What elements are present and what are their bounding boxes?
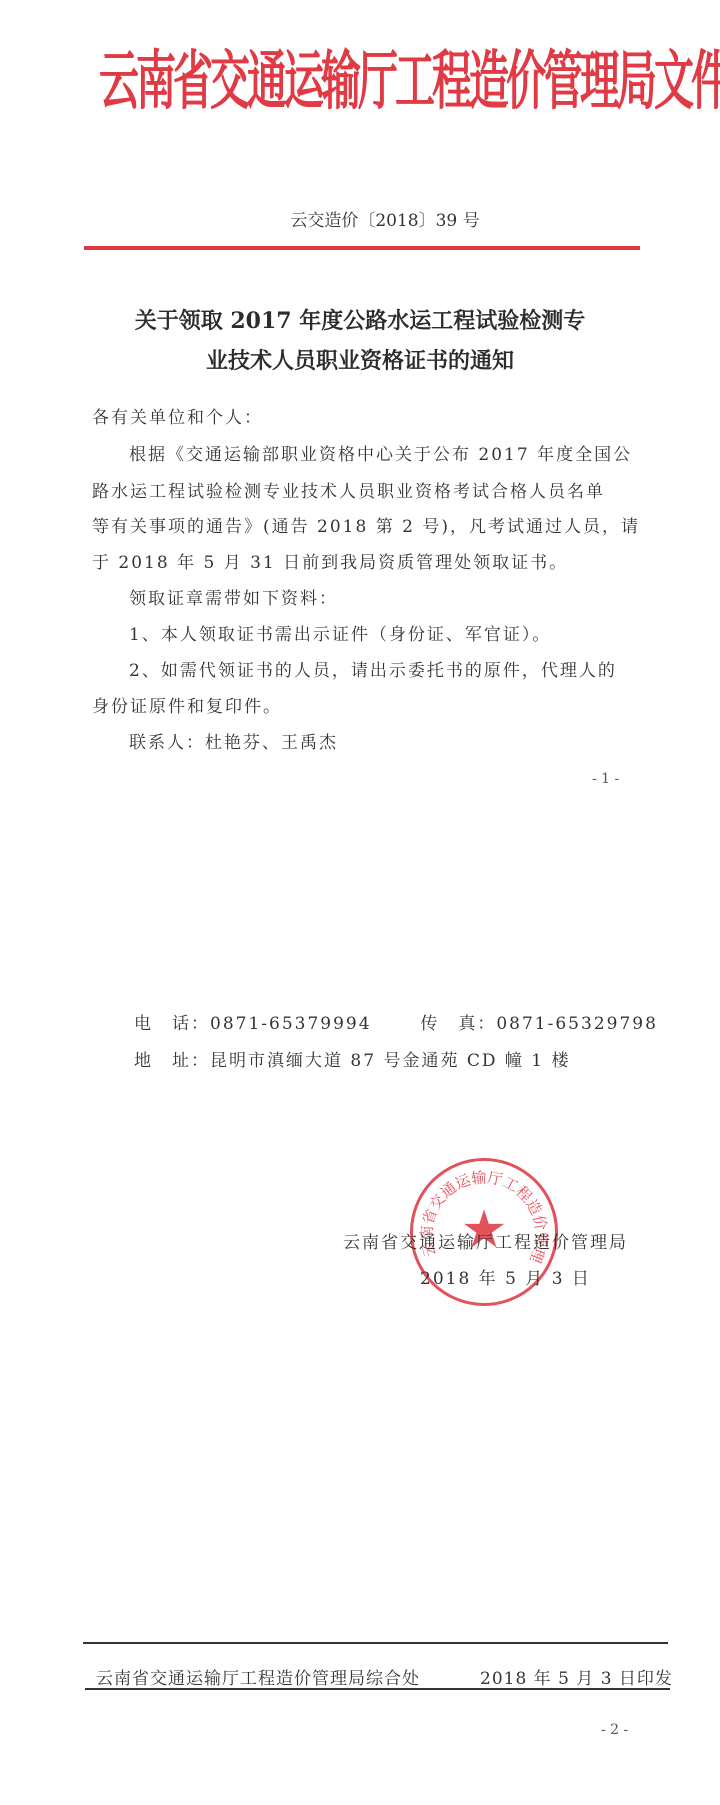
address-value: 昆明市滇缅大道 87 号金通苑 CD 幢 1 楼 — [210, 1051, 571, 1071]
list-item-2: 2、如需代领证书的人员，请出示委托书的原件，代理人的 — [129, 656, 617, 681]
notice-title-line1: 关于领取 2017 年度公路水运工程试验检测专 — [0, 304, 720, 335]
fax-value: 0871-65329798 — [496, 1014, 658, 1034]
page-number-1: - 1 - — [592, 771, 619, 787]
phone-row: 电 话：0871-65379994 传 真：0871-65329798 — [134, 1009, 658, 1034]
contact-persons: 联系人：杜艳芬、王禹杰 — [129, 728, 338, 753]
phone-label: 电 话： — [134, 1014, 210, 1034]
notice-title-line2: 业技术人员职业资格证书的通知 — [0, 344, 720, 375]
paragraph-line: 路水运工程试验检测专业技术人员职业资格考试合格人员名单 — [92, 477, 605, 502]
signature-date: 2018 年 5 月 3 日 — [420, 1264, 591, 1289]
footer-bottom-rule — [85, 1688, 670, 1690]
paragraph-line: 根据《交通运输部职业资格中心关于公布 2017 年度全国公 — [129, 440, 632, 465]
footer-issuer: 云南省交通运输厅工程造价管理局综合处 — [96, 1664, 420, 1689]
footer-top-rule — [83, 1642, 668, 1644]
document-number: 云交造价〔2018〕39 号 — [0, 206, 720, 231]
document-header-title: 云南省交通运输厅工程造价管理局文件 — [99, 24, 646, 139]
salutation: 各有关单位和个人： — [92, 403, 263, 428]
fax-label: 传 真： — [420, 1014, 496, 1034]
red-divider — [84, 246, 640, 250]
paragraph-line: 等有关事项的通告》(通告 2018 第 2 号)，凡考试通过人员，请 — [92, 512, 640, 537]
list-item-2-cont: 身份证原件和复印件。 — [92, 692, 282, 717]
phone-value: 0871-65379994 — [210, 1014, 372, 1034]
address-label: 地 址： — [134, 1051, 210, 1071]
signature-org: 云南省交通运输厅工程造价管理局 — [343, 1228, 628, 1253]
paragraph-line: 于 2018 年 5 月 31 日前到我局资质管理处领取证书。 — [92, 548, 568, 573]
materials-heading: 领取证章需带如下资料： — [129, 584, 338, 609]
footer-issue-date: 2018 年 5 月 3 日印发 — [480, 1664, 673, 1689]
address-row: 地 址：昆明市滇缅大道 87 号金通苑 CD 幢 1 楼 — [134, 1046, 571, 1071]
page-number-2: - 2 - — [601, 1722, 628, 1738]
list-item-1: 1、本人领取证书需出示证件（身份证、军官证）。 — [129, 620, 551, 645]
